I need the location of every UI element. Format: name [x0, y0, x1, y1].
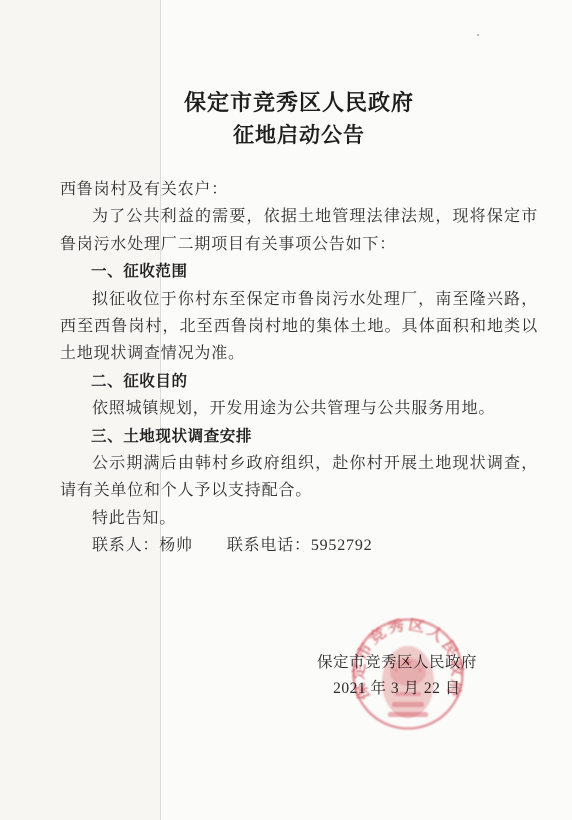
section-1-body: 拟征收位于你村东至保定市鲁岗污水处理厂，南至隆兴路，西至西鲁岗村，北至西鲁岗村地… [60, 286, 538, 368]
section-2-body: 依照城镇规划，开发用途为公共管理与公共服务用地。 [60, 395, 538, 422]
salutation: 西鲁岗村及有关农户： [60, 176, 538, 203]
contact-person-value: 杨帅 [159, 537, 193, 554]
signature-issuer: 保定市竞秀区人民政府 [317, 650, 477, 676]
contact-person-label: 联系人： [92, 537, 159, 554]
scanned-notice-page: 保定市竞秀区人民政府 征地启动公告 西鲁岗村及有关农户： 为了公共利益的需要，依… [0, 0, 572, 820]
notice-body: 西鲁岗村及有关农户： 为了公共利益的需要，依据土地管理法律法规，现将保定市鲁岗污… [60, 176, 538, 560]
section-3-body: 公示期满后由韩村乡政府组织，赴你村开展土地现状调查，请有关单位和个人予以支持配合… [60, 450, 538, 505]
contact-phone-value: 5952792 [311, 537, 373, 554]
contact-phone-label: 联系电话： [227, 537, 311, 554]
signature-date: 2021 年 3 月 22 日 [317, 676, 477, 702]
section-2-heading: 二、征收目的 [60, 368, 538, 395]
title-subject-line: 征地启动公告 [60, 119, 538, 151]
title-issuer-line: 保定市竞秀区人民政府 [60, 87, 538, 119]
section-1-heading: 一、征收范围 [60, 258, 538, 285]
signature-block: 保定市竞秀区人民政府 2021 年 3 月 22 日 [317, 650, 477, 702]
notice-document: 保定市竞秀区人民政府 征地启动公告 西鲁岗村及有关农户： 为了公共利益的需要，依… [60, 0, 538, 702]
section-3-heading: 三、土地现状调查安排 [60, 423, 538, 450]
notice-title: 保定市竞秀区人民政府 征地启动公告 [60, 87, 538, 151]
contact-line: 联系人：杨帅联系电话：5952792 [60, 532, 538, 559]
closing-line: 特此告知。 [60, 505, 538, 532]
intro-paragraph: 为了公共利益的需要，依据土地管理法律法规，现将保定市鲁岗污水处理厂二期项目有关事… [60, 203, 538, 258]
